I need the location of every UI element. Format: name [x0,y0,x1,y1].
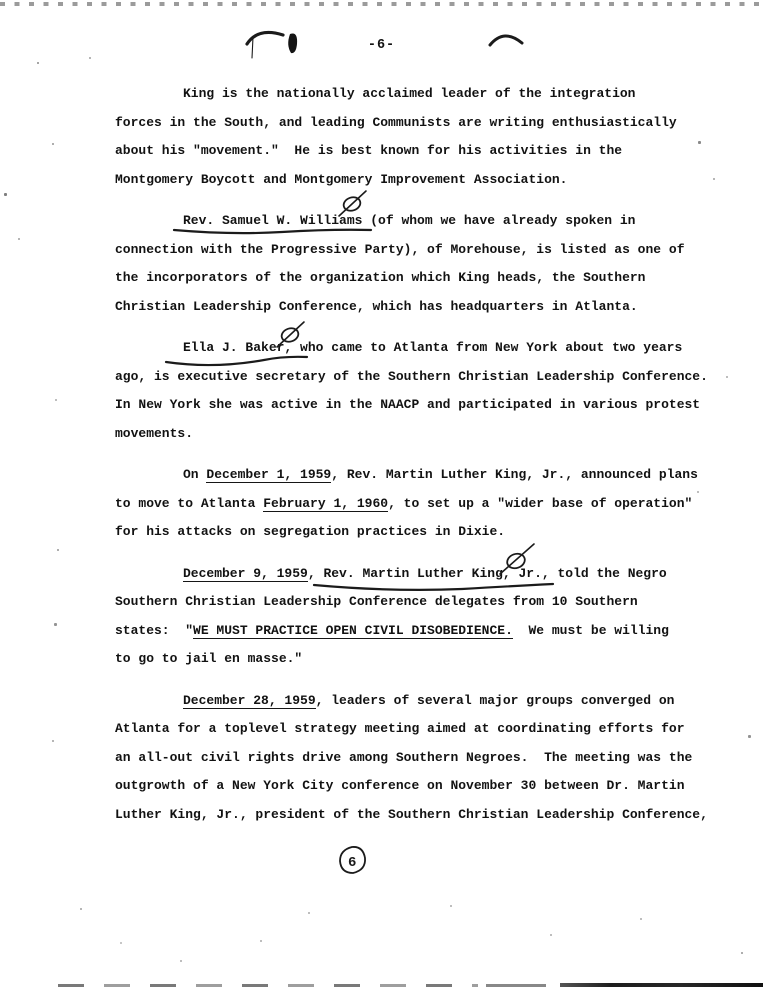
text-run: an all-out civil rights drive among Sout… [115,750,692,765]
scan-noise-speck [18,238,20,240]
text-run: King is the nationally acclaimed leader … [183,86,635,101]
scan-noise-speck [37,62,39,64]
scan-noise-speck [640,918,642,920]
scan-noise-speck [260,940,262,942]
text-run: Atlanta for a toplevel strategy meeting … [115,721,685,736]
scan-noise-speck [450,905,452,907]
paragraph-3-line-1: Ella J. Baker, who came to Atlanta from … [115,334,735,363]
text-run: , to set up a "wider base of operation" [388,496,692,511]
scan-noise-speck [80,908,82,910]
paragraph-5-line-4: to go to jail en masse." [115,645,735,674]
paragraph-6: December 28, 1959, leaders of several ma… [115,687,735,830]
text-run: outgrowth of a New York City conference … [115,778,685,793]
paragraph-4-line-2: to move to Atlanta February 1, 1960, to … [115,490,735,519]
scan-noise-speck [550,934,552,936]
date-december-28-1959: December 28, 1959 [183,693,316,709]
text-run: to go to jail en masse." [115,651,302,666]
text-run: In New York she was active in the NAACP … [115,397,700,412]
paragraph-1-line-4: Montgomery Boycott and Montgomery Improv… [115,166,735,195]
name-rev-samuel-w-williams: Rev. Samuel W. Williams [183,213,362,228]
scan-noise-speck [713,178,715,180]
paragraph-1-line-3: about his "movement." He is best known f… [115,137,735,166]
paragraph-5-line-3: states: "WE MUST PRACTICE OPEN CIVIL DIS… [115,617,735,646]
circled-page-number: 6 [334,842,372,880]
text-run: movements. [115,426,193,441]
text-run: who came to Atlanta from New York about … [292,340,682,355]
paragraph-2-line-2: connection with the Progressive Party), … [115,236,735,265]
paragraph-2-line-1: Rev. Samuel W. Williams (of whom we have… [115,207,735,236]
scan-noise-speck [52,143,54,145]
text-run: Luther King, Jr., president of the South… [115,807,708,822]
scan-noise-speck [55,399,57,401]
scan-noise-speck [697,491,699,493]
paragraph-6-line-1: December 28, 1959, leaders of several ma… [115,687,735,716]
date-december-1-1959: December 1, 1959 [206,467,331,483]
paragraph-5: December 9, 1959, Rev. Martin Luther Kin… [115,560,735,674]
paragraph-2-line-3: the incorporators of the organization wh… [115,264,735,293]
page-number: -6- [0,38,763,53]
name-rev-martin-luther-king-jr: Rev. Martin Luther King, Jr., [323,566,549,581]
paragraph-6-line-3: an all-out civil rights drive among Sout… [115,744,735,773]
text-run: told the Negro [550,566,667,581]
text-run: about his "movement." He is best known f… [115,143,622,158]
perforation-dotted-line [0,2,763,6]
text-run: for his attacks on segregation practices… [115,524,505,539]
name-ella-j-baker: Ella J. Baker, [183,340,292,355]
text-run: to move to Atlanta [115,496,263,511]
paragraph-3-line-2: ago, is executive secretary of the South… [115,363,735,392]
paragraph-4-line-1: On December 1, 1959, Rev. Martin Luther … [115,461,735,490]
paragraph-2: Rev. Samuel W. Williams (of whom we have… [115,207,735,321]
scan-noise-speck [120,942,122,944]
paragraph-6-line-2: Atlanta for a toplevel strategy meeting … [115,715,735,744]
text-run: (of whom we have already spoken in [362,213,635,228]
paragraph-6-line-4: outgrowth of a New York City conference … [115,772,735,801]
paragraph-1-line-2: forces in the South, and leading Communi… [115,109,735,138]
text-run: Southern Christian Leadership Conference… [115,594,638,609]
date-december-9-1959: December 9, 1959 [183,566,308,582]
text-run: ago, is executive secretary of the South… [115,369,708,384]
text-run: states: " [115,623,193,638]
paragraph-5-line-1: December 9, 1959, Rev. Martin Luther Kin… [115,560,735,589]
text-run: , Rev. Martin Luther King, Jr., announce… [331,467,698,482]
scan-noise-speck [4,193,7,196]
date-february-1-1960: February 1, 1960 [263,496,388,512]
text-run: Montgomery Boycott and Montgomery Improv… [115,172,567,187]
paragraph-5-line-2: Southern Christian Leadership Conference… [115,588,735,617]
text-run: , leaders of several major groups conver… [316,693,675,708]
text-run: , [308,566,324,581]
paragraph-2-line-4: Christian Leadership Conference, which h… [115,293,735,322]
scan-noise-speck [180,960,182,962]
text-run: connection with the Progressive Party), … [115,242,685,257]
text-run: the incorporators of the organization wh… [115,270,646,285]
scan-noise-speck [748,735,751,738]
scan-noise-speck [89,57,91,59]
scan-noise-speck [741,952,743,954]
scan-noise-speck [54,623,57,626]
text-run: On [183,467,206,482]
scan-noise-speck [698,141,701,144]
paragraph-4: On December 1, 1959, Rev. Martin Luther … [115,461,735,547]
paragraph-1: King is the nationally acclaimed leader … [115,80,735,194]
paragraph-4-line-3: for his attacks on segregation practices… [115,518,735,547]
text-run: We must be willing [513,623,669,638]
scan-noise-speck [57,549,59,551]
paragraph-3: Ella J. Baker, who came to Atlanta from … [115,334,735,448]
paragraph-6-line-5: Luther King, Jr., president of the South… [115,801,735,830]
scanned-document-page: -6- King is the nationally acclaimed lea… [0,0,763,987]
document-body: King is the nationally acclaimed leader … [115,80,735,842]
paragraph-3-line-4: movements. [115,420,735,449]
text-run: forces in the South, and leading Communi… [115,115,677,130]
scan-noise-speck [726,376,728,378]
paragraph-1-line-1: King is the nationally acclaimed leader … [115,80,735,109]
circled-page-number-digit: 6 [348,855,356,871]
scan-edge-band [560,983,763,987]
paragraph-3-line-3: In New York she was active in the NAACP … [115,391,735,420]
scan-noise-speck [52,740,54,742]
scan-noise-speck [308,912,310,914]
quote-civil-disobedience: WE MUST PRACTICE OPEN CIVIL DISOBEDIENCE… [193,623,513,639]
text-run: Christian Leadership Conference, which h… [115,299,638,314]
